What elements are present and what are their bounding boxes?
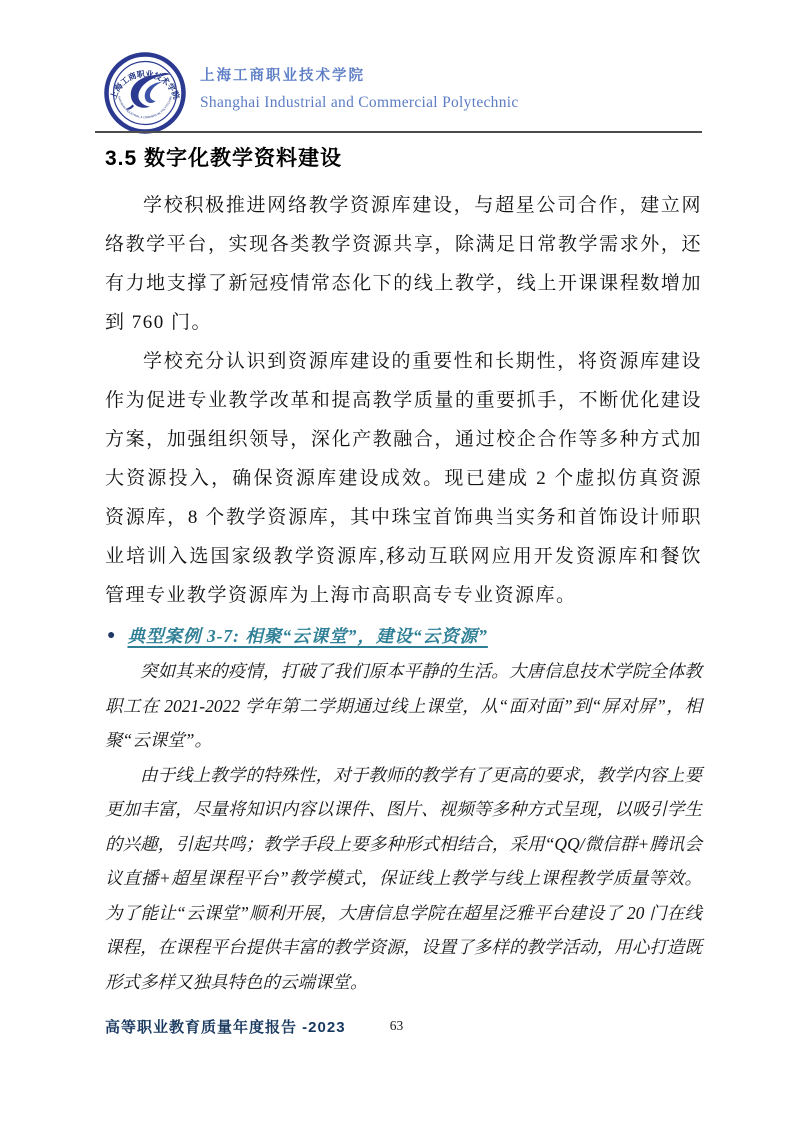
document-page: 上海工商职业技术学院 SHANGHAI INDUSTRIAL & COMMERC… (0, 0, 793, 1122)
body-paragraph: 学校积极推进网络教学资源库建设，与超星公司合作，建立网络教学平台，实现各类教学资… (105, 186, 702, 342)
school-name-cn: 上海工商职业技术学院 (200, 64, 519, 85)
page-number: 63 (0, 1018, 793, 1034)
body-paragraph: 学校充分认识到资源库建设的重要性和长期性，将资源库建设作为促进专业教学改革和提高… (105, 342, 702, 615)
school-name-en: Shanghai Industrial and Commercial Polyt… (200, 94, 519, 112)
case-study-title: 典型案例 3-7: 相聚“云课堂”，建设“云资源” (127, 623, 487, 648)
case-paragraph: 由于线上教学的特殊性，对于教师的教学有了更高的要求，教学内容上要更加丰富，尽量将… (105, 758, 702, 1000)
page-header: 上海工商职业技术学院 SHANGHAI INDUSTRIAL & COMMERC… (104, 52, 519, 134)
section-title: 3.5 数字化教学资料建设 (105, 142, 702, 172)
bullet-icon: ● (107, 629, 115, 643)
school-logo-icon: 上海工商职业技术学院 SHANGHAI INDUSTRIAL & COMMERC… (104, 52, 186, 134)
case-study-heading-row: ● 典型案例 3-7: 相聚“云课堂”，建设“云资源” (105, 623, 702, 648)
page-content: 3.5 数字化教学资料建设 学校积极推进网络教学资源库建设，与超星公司合作，建立… (105, 142, 702, 999)
case-paragraph: 突如其来的疫情，打破了我们原本平静的生活。大唐信息技术学院全体教职工在 2021… (105, 654, 702, 758)
header-divider (95, 131, 702, 133)
school-name-block: 上海工商职业技术学院 Shanghai Industrial and Comme… (200, 52, 519, 112)
